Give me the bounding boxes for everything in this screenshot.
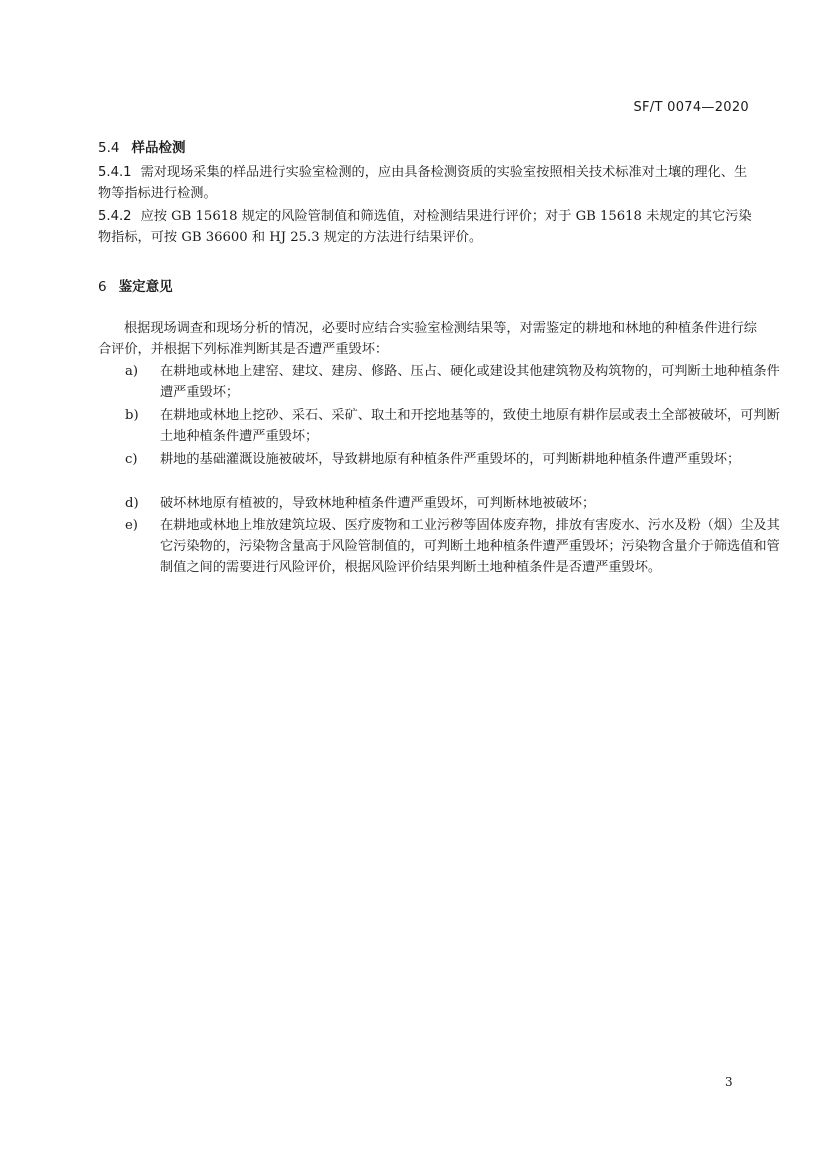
section-number: 6: [98, 279, 107, 295]
list-text: 在耕地或林地上建窑、建坟、建房、修路、压占、硬化或建设其他建筑物及构筑物的，可判…: [160, 361, 780, 403]
list-item-e: e) 在耕地或林地上堆放建筑垃圾、医疗废物和工业污秽等固体废弃物，排放有害废水、…: [125, 515, 780, 578]
clause-number: 5.4.2: [98, 209, 132, 224]
list-label: b): [125, 405, 139, 426]
clause-text: 应按 GB 15618 规定的风险管制值和筛选值，对检测结果进行评价；对于 GB…: [98, 209, 752, 245]
section-title: 样品检测: [131, 140, 185, 156]
clause-text: 需对现场采集的样品进行实验室检测的，应由具备检测资质的实验室按照相关技术标准对土…: [98, 165, 747, 201]
list-label: a): [125, 361, 138, 382]
list-label: d): [125, 493, 139, 514]
list-item-c: c) 耕地的基础灌溉设施被破坏，导致耕地原有种植条件严重毁坏的，可判断耕地种植条…: [125, 449, 780, 470]
list-text: 破坏林地原有植被的，导致林地种植条件遭严重毁坏，可判断林地被破坏；: [160, 493, 780, 514]
page-number: 3: [725, 1075, 733, 1089]
clause-number: 5.4.1: [98, 165, 132, 180]
section-5-4-heading: 5.4样品检测: [98, 136, 185, 156]
list-label: e): [125, 515, 138, 536]
list-text: 在耕地或林地上堆放建筑垃圾、医疗废物和工业污秽等固体废弃物，排放有害废水、污水及…: [160, 515, 780, 578]
list-item-d: d) 破坏林地原有植被的，导致林地种植条件遭严重毁坏，可判断林地被破坏；: [125, 493, 780, 514]
list-item-b: b) 在耕地或林地上挖砂、采石、采矿、取土和开挖地基等的，致使土地原有耕作层或表…: [125, 405, 780, 447]
section-number: 5.4: [98, 140, 119, 156]
section-6-intro: 根据现场调查和现场分析的情况，必要时应结合实验室检测结果等，对需鉴定的耕地和林地…: [98, 318, 760, 360]
list-label: c): [125, 449, 138, 470]
section-title: 鉴定意见: [119, 279, 173, 295]
list-item-a: a) 在耕地或林地上建窑、建坟、建房、修路、压占、硬化或建设其他建筑物及构筑物的…: [125, 361, 780, 403]
section-6-heading: 6鉴定意见: [98, 275, 173, 295]
document-code-header: SF/T 0074—2020: [633, 100, 749, 115]
list-text: 在耕地或林地上挖砂、采石、采矿、取土和开挖地基等的，致使土地原有耕作层或表土全部…: [160, 405, 780, 447]
clause-5-4-1: 5.4.1需对现场采集的样品进行实验室检测的，应由具备检测资质的实验室按照相关技…: [98, 162, 760, 204]
clause-5-4-2: 5.4.2应按 GB 15618 规定的风险管制值和筛选值，对检测结果进行评价；…: [98, 206, 760, 248]
list-text: 耕地的基础灌溉设施被破坏，导致耕地原有种植条件严重毁坏的，可判断耕地种植条件遭严…: [160, 449, 780, 470]
